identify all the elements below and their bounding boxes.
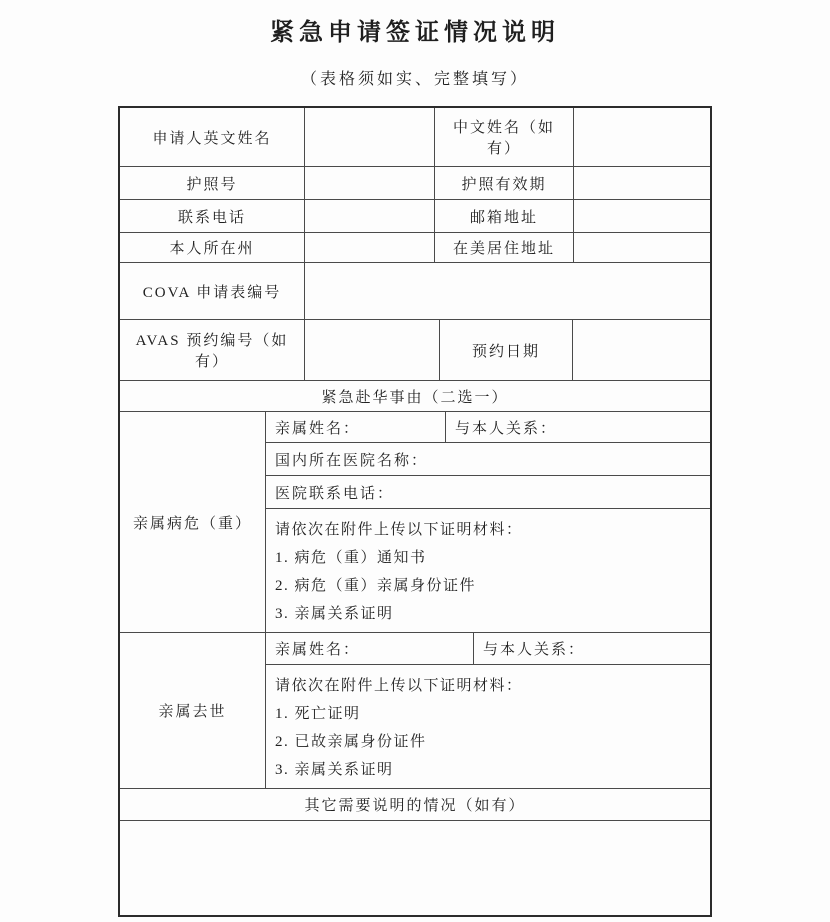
label-critical-relative-name: 亲属姓名： (266, 412, 446, 442)
field-state (305, 233, 435, 262)
label-passport-validity: 护照有效期 (435, 167, 574, 199)
label-deceased-relative-name: 亲属姓名： (266, 633, 474, 664)
field-passport-number (305, 167, 435, 199)
other-notes-area (120, 821, 710, 915)
visa-form-table: 申请人英文姓名 中文姓名（如有） 护照号 护照有效期 联系电话 邮箱地址 本人所… (118, 106, 712, 917)
row-passport: 护照号 护照有效期 (120, 167, 710, 200)
field-us-address (574, 233, 710, 262)
row-deceased-relative-name: 亲属姓名： 与本人关系： (266, 633, 710, 665)
row-contact: 联系电话 邮箱地址 (120, 200, 710, 233)
field-avas-number (305, 320, 440, 380)
row-hospital-name: 国内所在医院名称： (266, 443, 710, 476)
critical-material-item-3: 3. 亲属关系证明 (275, 600, 702, 628)
label-hospital-phone: 医院联系电话： (266, 476, 710, 508)
deceased-materials-list: 请依次在附件上传以下证明材料： 1. 死亡证明 2. 已故亲属身份证件 3. 亲… (266, 665, 710, 788)
row-critical-relative-name: 亲属姓名： 与本人关系： (266, 412, 710, 443)
deceased-material-item-1: 1. 死亡证明 (275, 700, 702, 728)
field-email (574, 200, 710, 232)
critical-materials-title: 请依次在附件上传以下证明材料： (275, 516, 702, 544)
label-appointment-date: 预约日期 (440, 320, 573, 380)
label-critical-relation: 与本人关系： (446, 412, 710, 442)
row-hospital-phone: 医院联系电话： (266, 476, 710, 509)
deceased-material-item-3: 3. 亲属关系证明 (275, 756, 702, 784)
deceased-material-item-2: 2. 已故亲属身份证件 (275, 728, 702, 756)
label-passport-number: 护照号 (120, 167, 305, 199)
label-english-name: 申请人英文姓名 (120, 108, 305, 166)
row-applicant-name: 申请人英文姓名 中文姓名（如有） (120, 108, 710, 167)
label-cova-number: COVA 申请表编号 (120, 263, 305, 319)
label-relative-deceased: 亲属去世 (120, 633, 266, 788)
deceased-materials-title: 请依次在附件上传以下证明材料： (275, 672, 702, 700)
field-other-notes (120, 821, 710, 915)
section-relative-critical: 亲属病危（重） 亲属姓名： 与本人关系： 国内所在医院名称： 医院联系电话： 请… (120, 412, 710, 633)
section-relative-deceased: 亲属去世 亲属姓名： 与本人关系： 请依次在附件上传以下证明材料： 1. 死亡证… (120, 633, 710, 789)
field-cova-number (305, 263, 710, 319)
field-phone (305, 200, 435, 232)
label-avas-number: AVAS 预约编号（如有） (120, 320, 305, 380)
label-relative-critical: 亲属病危（重） (120, 412, 266, 632)
page-subtitle: （表格须如实、完整填写） (0, 66, 830, 89)
field-passport-validity (574, 167, 710, 199)
row-residence: 本人所在州 在美居住地址 (120, 233, 710, 263)
other-notes-header: 其它需要说明的情况（如有） (120, 789, 710, 821)
critical-material-item-2: 2. 病危（重）亲属身份证件 (275, 572, 702, 600)
form-page: 紧急申请签证情况说明 （表格须如实、完整填写） 申请人英文姓名 中文姓名（如有）… (0, 12, 830, 917)
critical-materials-list: 请依次在附件上传以下证明材料： 1. 病危（重）通知书 2. 病危（重）亲属身份… (266, 509, 710, 632)
row-cova: COVA 申请表编号 (120, 263, 710, 320)
field-appointment-date (573, 320, 710, 380)
label-us-address: 在美居住地址 (435, 233, 574, 262)
reason-section-header: 紧急赴华事由（二选一） (120, 381, 710, 412)
page-title: 紧急申请签证情况说明 (0, 12, 830, 47)
label-chinese-name: 中文姓名（如有） (435, 108, 574, 166)
field-english-name (305, 108, 435, 166)
row-avas: AVAS 预约编号（如有） 预约日期 (120, 320, 710, 381)
label-state: 本人所在州 (120, 233, 305, 262)
label-email: 邮箱地址 (435, 200, 574, 232)
label-deceased-relation: 与本人关系： (474, 633, 710, 664)
field-chinese-name (574, 108, 710, 166)
label-phone: 联系电话 (120, 200, 305, 232)
critical-material-item-1: 1. 病危（重）通知书 (275, 544, 702, 572)
label-hospital-name: 国内所在医院名称： (266, 443, 710, 475)
